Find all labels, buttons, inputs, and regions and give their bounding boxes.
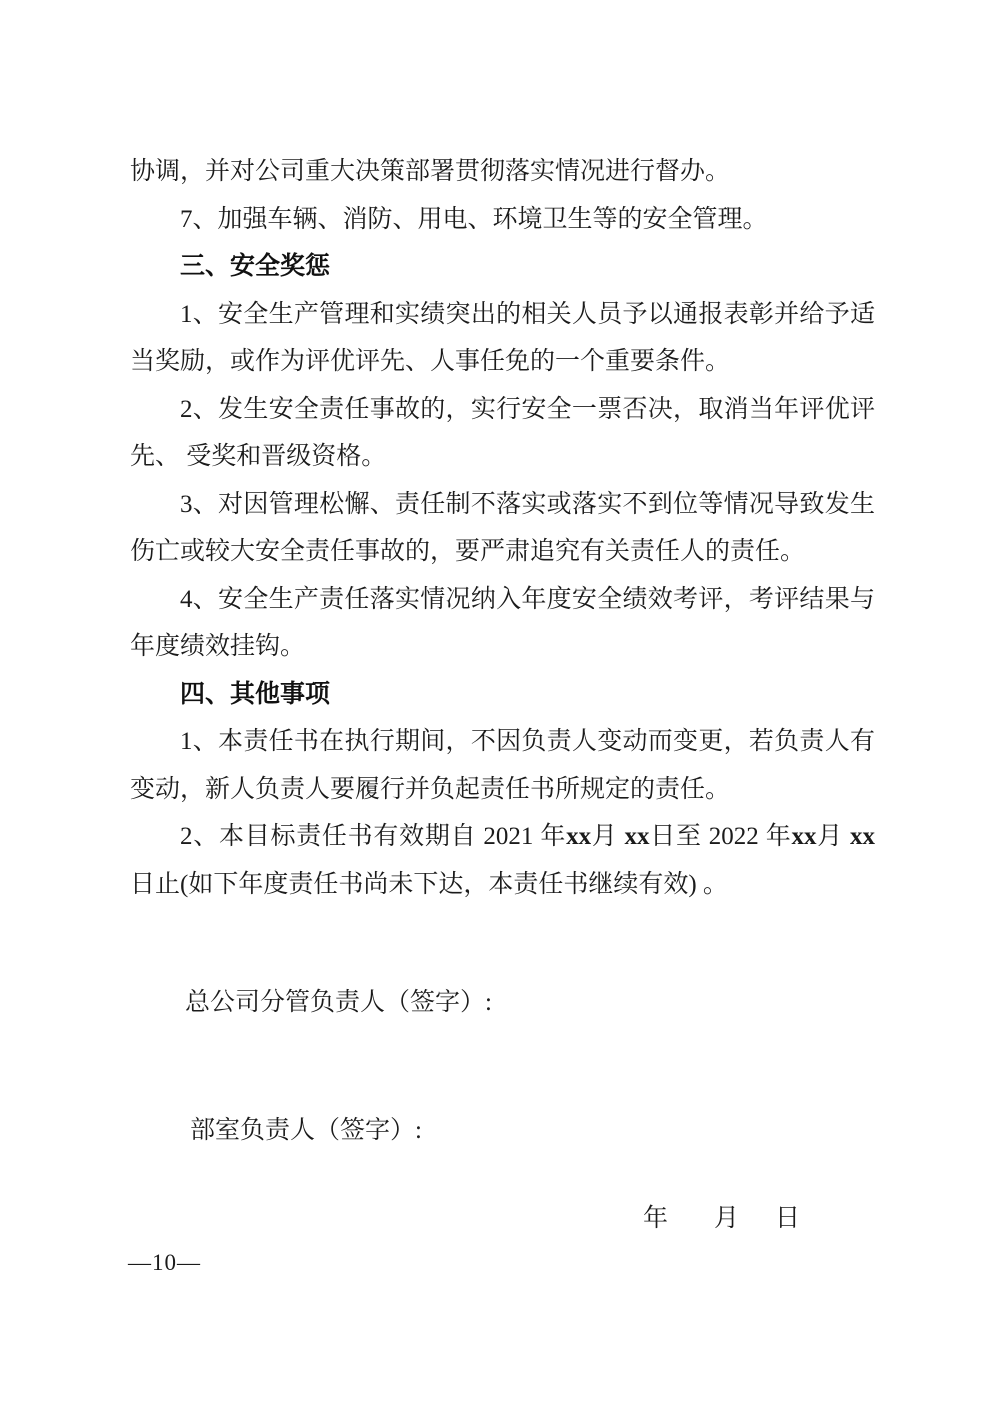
validity-text-mid1: 月 (591, 823, 624, 850)
body-line-item-7: 7、加强车辆、消防、用电、环境卫生等的安全管理。 (130, 196, 875, 244)
document-page: 协调，并对公司重大决策部署贯彻落实情况进行督办。 7、加强车辆、消防、用电、环境… (0, 0, 1000, 1414)
heading-section-3: 三、安全奖惩 (130, 243, 875, 291)
date-year-label: 年 (643, 1205, 668, 1232)
validity-text-pre: 2、本目标责任书有效期自 2021 年 (180, 823, 566, 850)
body-line: 4、安全生产责任落实情况纳入年度安全绩效考评，考评结果与 (130, 576, 875, 624)
body-line: 3、对因管理松懈、责任制不落实或落实不到位等情况导致发生 (130, 481, 875, 529)
body-line: 日止(如下年度责任书尚未下达，本责任书继续有效) 。 (130, 861, 875, 909)
heading-section-4: 四、其他事项 (130, 671, 875, 719)
body-line: 1、本责任书在执行期间，不因负责人变动而变更，若负责人有 (130, 718, 875, 766)
validity-text-mid2: 日至 2022 年 (650, 823, 792, 850)
paragraph-continuation-line: 协调，并对公司重大决策部署贯彻落实情况进行督办。 (130, 148, 875, 196)
date-day-label: 日 (775, 1205, 800, 1232)
body-line-validity-period: 2、本目标责任书有效期自 2021 年xx月 xx日至 2022 年xx月 xx (130, 813, 875, 861)
body-line: 先、 受奖和晋级资格。 (130, 433, 875, 481)
body-line: 2、发生安全责任事故的，实行安全一票否决，取消当年评优评 (130, 386, 875, 434)
page-number: —10— (128, 1250, 201, 1276)
signature-line-company-lead: 总公司分管负责人（签字）: (185, 982, 492, 1018)
validity-day2-placeholder: xx (850, 823, 875, 850)
date-line: 年月日 (643, 1198, 800, 1234)
signature-line-department-lead: 部室负责人（签字）: (190, 1110, 422, 1146)
body-line: 伤亡或较大安全责任事故的，要严肃追究有关责任人的责任。 (130, 528, 875, 576)
date-month-label: 月 (714, 1205, 739, 1232)
validity-day-placeholder: xx (625, 823, 650, 850)
body-line: 1、安全生产管理和实绩突出的相关人员予以通报表彰并给予适 (130, 291, 875, 339)
validity-text-mid3: 月 (816, 823, 849, 850)
validity-month-placeholder: xx (566, 823, 591, 850)
validity-month2-placeholder: xx (791, 823, 816, 850)
body-line: 年度绩效挂钩。 (130, 623, 875, 671)
body-line: 当奖励，或作为评优评先、人事任免的一个重要条件。 (130, 338, 875, 386)
body-line: 变动，新人负责人要履行并负起责任书所规定的责任。 (130, 766, 875, 814)
body-text: 协调，并对公司重大决策部署贯彻落实情况进行督办。 7、加强车辆、消防、用电、环境… (130, 148, 875, 908)
